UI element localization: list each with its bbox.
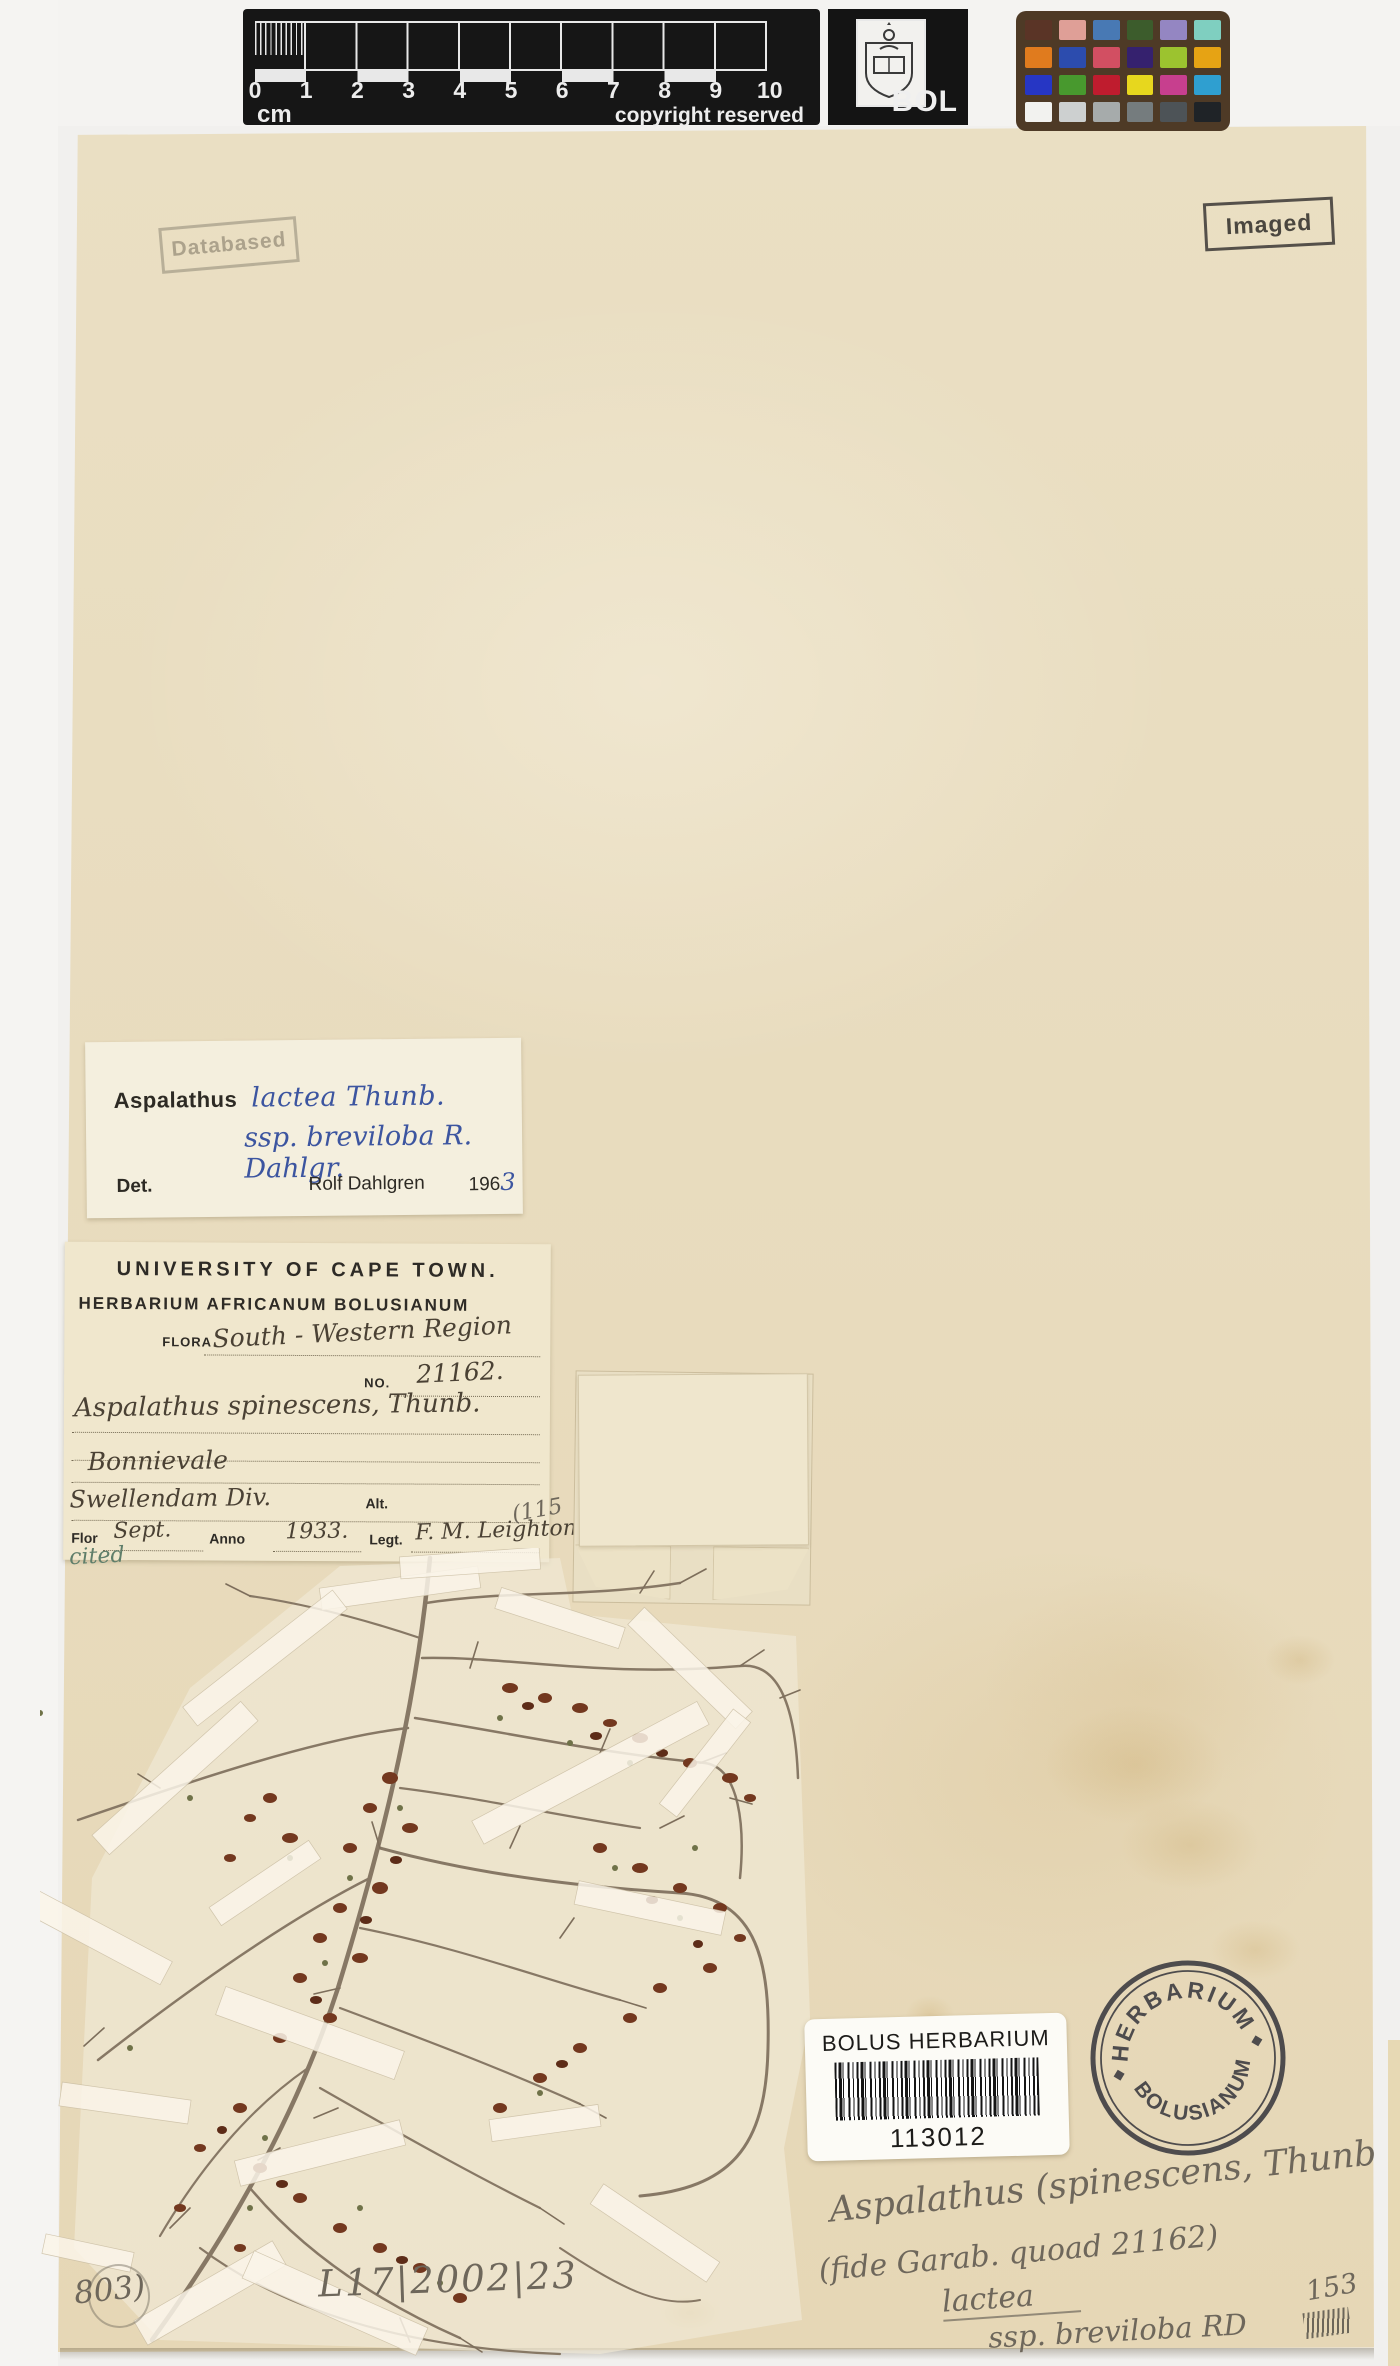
color-patch bbox=[1127, 75, 1154, 95]
ruler-number: 9 bbox=[706, 77, 726, 104]
locality-handwritten: Bonnievale bbox=[88, 1445, 229, 1476]
barcode-number: 113012 bbox=[807, 2119, 1070, 2157]
color-patch bbox=[1093, 102, 1120, 122]
color-patch bbox=[1059, 47, 1086, 67]
collection-number: 21162. bbox=[416, 1356, 505, 1389]
det-prefix: Det. bbox=[116, 1176, 152, 1198]
ruler-number: 4 bbox=[450, 77, 470, 104]
ruler-number: 0 bbox=[245, 77, 265, 104]
label-institution: UNIVERSITY OF CAPE TOWN. bbox=[65, 1258, 551, 1284]
color-patch bbox=[1025, 102, 1052, 122]
flowering-month: Sept. bbox=[113, 1517, 172, 1544]
flora-region: South - Western Region bbox=[212, 1310, 513, 1353]
color-patch bbox=[1194, 75, 1221, 95]
taxon-handwritten: Aspalathus spinescens, Thunb. bbox=[74, 1388, 481, 1423]
plant-specimen bbox=[40, 1548, 820, 2366]
herbarium-sheet-scan: 012345678910 cm copyright reserved BOL D… bbox=[0, 0, 1400, 2366]
determination-label: Aspalathuslactea Thunb. ssp. breviloba R… bbox=[85, 1038, 523, 1219]
color-checker bbox=[1016, 11, 1230, 131]
det-taxon-line: Aspalathuslactea Thunb. bbox=[114, 1081, 446, 1115]
seed-packet-flap bbox=[578, 1373, 809, 1547]
ruler-number: 1 bbox=[296, 77, 316, 104]
ruler-number: 2 bbox=[347, 77, 367, 104]
anno-prefix: Anno bbox=[209, 1530, 245, 1546]
herbarium-code: BOL bbox=[892, 85, 958, 119]
legt-prefix: Legt. bbox=[369, 1531, 403, 1547]
color-patch bbox=[1194, 20, 1221, 40]
stamp-text-bottom: BOLUSIANUM bbox=[1127, 2051, 1268, 2139]
ruler-number: 8 bbox=[655, 77, 675, 104]
color-patch bbox=[1093, 47, 1120, 67]
adjacent-sheet-edge bbox=[1388, 2040, 1400, 2366]
district-handwritten: Swellendam Div. bbox=[69, 1483, 271, 1513]
species-handwritten: lactea Thunb. bbox=[251, 1081, 445, 1114]
ruler-number: 10 bbox=[757, 77, 777, 104]
determiner-name: Rolf Dahlgren bbox=[308, 1173, 424, 1196]
alt-prefix: Alt. bbox=[365, 1495, 388, 1511]
color-patch bbox=[1160, 47, 1187, 67]
color-patch bbox=[1194, 47, 1221, 67]
collector-name: F. M. Leighton. bbox=[415, 1516, 584, 1546]
color-patch bbox=[1025, 75, 1052, 95]
label-herbarium-name: HERBARIUM AFRICANUM BOLUSIANUM bbox=[78, 1294, 469, 1316]
color-patch bbox=[1160, 20, 1187, 40]
ruler-number: 7 bbox=[603, 77, 623, 104]
barcode bbox=[834, 2057, 1039, 2120]
stain bbox=[1120, 1800, 1260, 1890]
stain bbox=[1265, 1635, 1335, 1685]
imaged-stamp: Imaged bbox=[1203, 197, 1335, 252]
collection-label: UNIVERSITY OF CAPE TOWN. HERBARIUM AFRIC… bbox=[63, 1242, 551, 1563]
institution-block: BOL bbox=[828, 9, 968, 125]
color-patch bbox=[1059, 102, 1086, 122]
genus-printed: Aspalathus bbox=[114, 1087, 238, 1113]
scale-bar: 012345678910 cm copyright reserved bbox=[243, 9, 820, 125]
number-prefix: NO. bbox=[364, 1375, 390, 1390]
color-patch bbox=[1059, 75, 1086, 95]
ruler-unit-label: cm bbox=[257, 101, 292, 129]
color-patch bbox=[1127, 20, 1154, 40]
pencil-accession-code: L17|2002|23 bbox=[317, 2253, 578, 2305]
copyright-text: copyright reserved bbox=[615, 104, 804, 128]
color-patch bbox=[1025, 47, 1052, 67]
color-patch bbox=[1160, 75, 1187, 95]
collection-year: 1933. bbox=[285, 1519, 348, 1545]
color-patch bbox=[1127, 102, 1154, 122]
color-patch bbox=[1093, 75, 1120, 95]
svg-text:BOLUSIANUM: BOLUSIANUM bbox=[1127, 2051, 1268, 2139]
color-patch bbox=[1093, 20, 1120, 40]
color-patch bbox=[1194, 102, 1221, 122]
det-year-handwritten: 3 bbox=[500, 1168, 516, 1196]
color-patch bbox=[1059, 20, 1086, 40]
ruler-number: 5 bbox=[501, 77, 521, 104]
color-patch bbox=[1025, 20, 1052, 40]
det-year-printed: 196 bbox=[468, 1174, 500, 1195]
ruler-number: 6 bbox=[552, 77, 572, 104]
flora-prefix: FLORA bbox=[162, 1334, 212, 1349]
barcode-label: BOLUS HERBARIUM 113012 bbox=[804, 2013, 1070, 2162]
pencil-sheet-number: 803) bbox=[72, 2268, 147, 2311]
dotted-line bbox=[72, 1432, 540, 1435]
color-patch bbox=[1160, 102, 1187, 122]
color-patch bbox=[1127, 47, 1154, 67]
det-year: 1963 bbox=[468, 1168, 515, 1196]
ruler-number: 3 bbox=[399, 77, 419, 104]
barcode-institution: BOLUS HERBARIUM bbox=[805, 2025, 1068, 2058]
